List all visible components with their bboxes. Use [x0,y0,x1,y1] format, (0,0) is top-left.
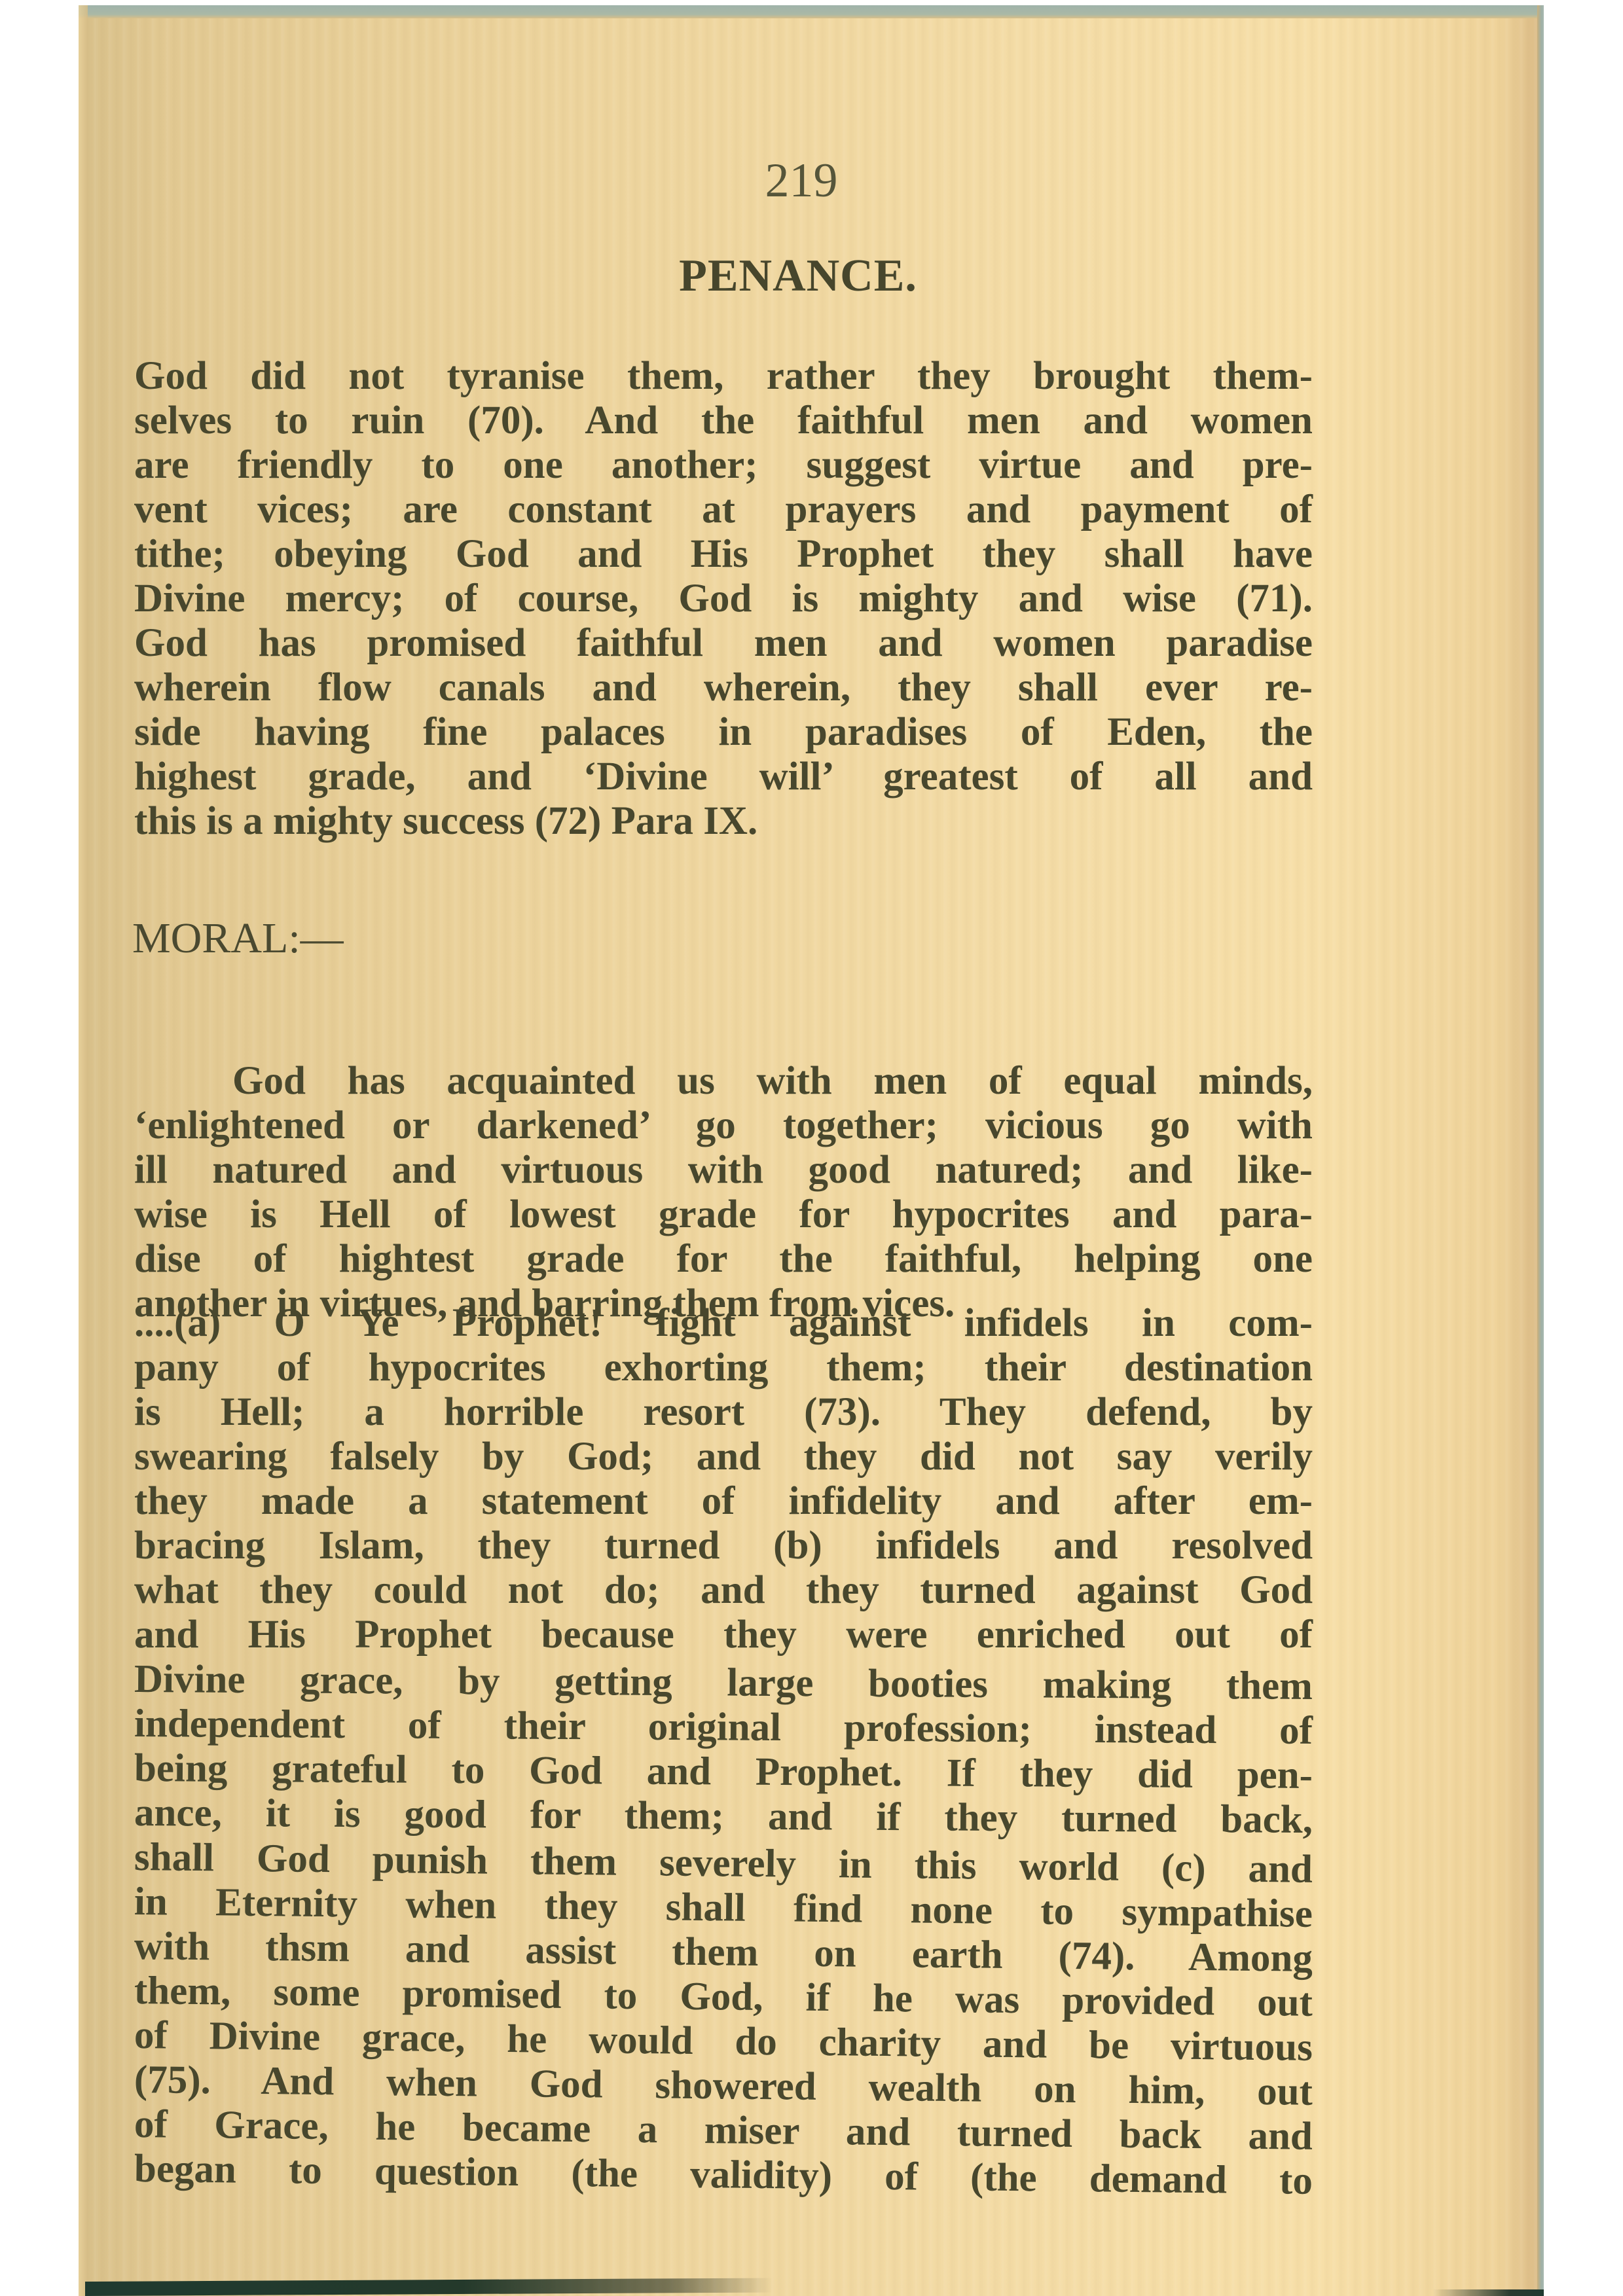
scan-shadow-bottom-left [85,2278,773,2296]
text-line: independent of their original profession… [134,1702,1313,1753]
text-line: being grateful to God and Prophet. If th… [134,1746,1313,1798]
text-line: Divine mercy; of course, God is mighty a… [134,577,1313,621]
paragraph-penance: God did not tyranise them, rather they b… [134,354,1313,844]
paragraph-moral: God has acquainted us with men of equal … [134,1059,1313,1326]
text-line: swearing falsely by God; and they did no… [134,1435,1313,1479]
text-line: and His Prophet because they were enrich… [134,1613,1313,1657]
text-line: highest grade, and ‘Divine will’ greates… [134,755,1313,799]
text-line: wherein flow canals and wherein, they sh… [134,666,1313,710]
page-left-edge [79,5,88,2296]
text-line: side having fine palaces in paradises of… [134,710,1313,755]
scan-shadow-bottom-right [1432,2289,1544,2296]
scan-right-edge [1537,5,1544,2296]
text-line: God did not tyranise them, rather they b… [134,354,1313,399]
text-line: pany of hypocrites exhorting them; their… [134,1346,1313,1390]
chapter-title: PENANCE. [79,250,1531,302]
page-number: 219 [79,153,1534,209]
text-line: ill natured and virtuous with good natur… [134,1148,1313,1193]
text-line: selves to ruin (70). And the faithful me… [134,399,1313,443]
text-line: is Hell; a horrible resort (73). They de… [134,1390,1313,1435]
text-line: what they could not do; and they turned … [134,1568,1313,1613]
moral-heading: MORAL:— [132,914,344,963]
text-line: vent vices; are constant at prayers and … [134,488,1313,532]
scanned-book-page: 219 PENANCE. God did not tyranise them, … [79,5,1544,2296]
scan-top-edge [79,5,1544,18]
text-line: ‘enlightened or darkened’ go together; v… [134,1103,1313,1148]
text-line: ance, it is good for them; and if they t… [134,1791,1313,1842]
text-line: bracing Islam, they turned (b) infidels … [134,1524,1313,1568]
text-line: are friendly to one another; suggest vir… [134,443,1313,488]
text-line: God has promised faithful men and women … [134,621,1313,666]
text-line: ....(a) O Ye Prophet! fight against infi… [134,1301,1313,1346]
text-line: Divine grace, by getting large booties m… [134,1657,1313,1709]
paragraph-prophet: ....(a) O Ye Prophet! fight against infi… [134,1301,1313,2191]
text-line: dise of hightest grade for the faithful,… [134,1237,1313,1282]
text-line: this is a mighty success (72) Para IX. [134,799,1313,844]
text-line: God has acquainted us with men of equal … [134,1059,1313,1103]
text-line: they made a statement of infidelity and … [134,1479,1313,1524]
text-line: wise is Hell of lowest grade for hypocri… [134,1193,1313,1237]
text-line: tithe; obeying God and His Prophet they … [134,532,1313,577]
